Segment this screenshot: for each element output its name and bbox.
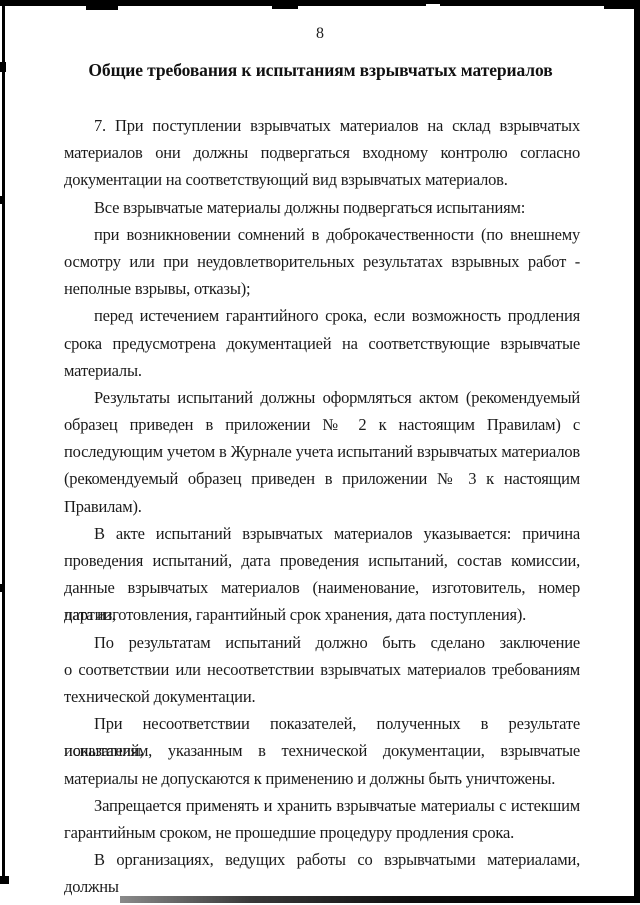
text-line: дата изготовления, гарантийный срок хран…	[64, 601, 580, 628]
paragraph: Все взрывчатые материалы должны подверга…	[64, 194, 580, 221]
paragraph: В акте испытаний взрывчатых материалов у…	[64, 520, 580, 629]
paragraph: перед истечением гарантийного срока, есл…	[64, 302, 580, 384]
text-line: показателям, указанным в технической док…	[64, 737, 580, 764]
text-line: Запрещается применять и хранить взрывчат…	[64, 792, 580, 819]
page-number: 8	[0, 25, 640, 43]
scan-artifact-left-tick	[0, 196, 5, 204]
text-line: осмотру или при неудовлетворительных рез…	[64, 248, 580, 275]
text-line: последующим учетом в Журнале учета испыт…	[64, 438, 580, 465]
paragraph: Запрещается применять и хранить взрывчат…	[64, 792, 580, 846]
text-line: перед истечением гарантийного срока, есл…	[64, 302, 580, 329]
text-line: По результатам испытаний должно быть сде…	[64, 629, 580, 656]
scan-artifact-top-blob	[86, 0, 118, 10]
scan-artifact-left-tick	[0, 584, 5, 592]
text-line: В организациях, ведущих работы со взрывч…	[64, 846, 580, 873]
document-title: Общие требования к испытаниям взрывчатых…	[62, 60, 579, 81]
text-line: Правилам).	[64, 493, 580, 520]
text-line: неполные взрывы, отказы);	[64, 275, 580, 302]
text-line: данные взрывчатых материалов (наименован…	[64, 574, 580, 601]
scan-artifact-top-notch	[426, 4, 440, 7]
text-line: образец приведен в приложении № 2 к наст…	[64, 411, 580, 438]
scan-artifact-left-tick	[0, 62, 6, 72]
paragraph: 7. При поступлении взрывчатых материалов…	[64, 112, 580, 194]
paragraph: Результаты испытаний должны оформляться …	[64, 384, 580, 520]
paragraph: при возникновении сомнений в доброкачест…	[64, 221, 580, 303]
paragraph: По результатам испытаний должно быть сде…	[64, 629, 580, 711]
text-line: Результаты испытаний должны оформляться …	[64, 384, 580, 411]
text-line: проведения испытаний, дата проведения ис…	[64, 547, 580, 574]
text-line: 7. При поступлении взрывчатых материалов…	[64, 112, 580, 139]
scan-artifact-top-blob	[272, 0, 298, 9]
scan-artifact-left-tick	[0, 876, 9, 884]
text-line: при возникновении сомнений в доброкачест…	[64, 221, 580, 248]
document-body: 7. При поступлении взрывчатых материалов…	[64, 112, 580, 873]
text-line: При несоответствии показателей, полученн…	[64, 710, 580, 737]
text-line: материалы не допускаются к применению и …	[64, 765, 580, 792]
text-line: гарантийным сроком, не прошедшие процеду…	[64, 819, 580, 846]
text-line: материалы.	[64, 357, 580, 384]
text-line: материалов они должны подвергаться входн…	[64, 139, 580, 166]
scan-border-left	[2, 6, 5, 883]
text-line: В акте испытаний взрывчатых материалов у…	[64, 520, 580, 547]
text-line: о соответствии или несоответствии взрывч…	[64, 656, 580, 683]
scan-border-right	[634, 0, 640, 896]
text-line: срока предусмотрена документацией на соо…	[64, 330, 580, 357]
paragraph: При несоответствии показателей, полученн…	[64, 710, 580, 792]
scanned-document-page: 8 Общие требования к испытаниям взрывчат…	[0, 0, 640, 905]
text-line: Все взрывчатые материалы должны подверга…	[64, 194, 580, 221]
text-line: документации на соответствующий вид взры…	[64, 166, 580, 193]
text-line: (рекомендуемый образец приведен в прилож…	[64, 465, 580, 492]
text-line: технической документации.	[64, 683, 580, 710]
scan-border-bottom	[120, 896, 640, 903]
paragraph: В организациях, ведущих работы со взрывч…	[64, 846, 580, 873]
